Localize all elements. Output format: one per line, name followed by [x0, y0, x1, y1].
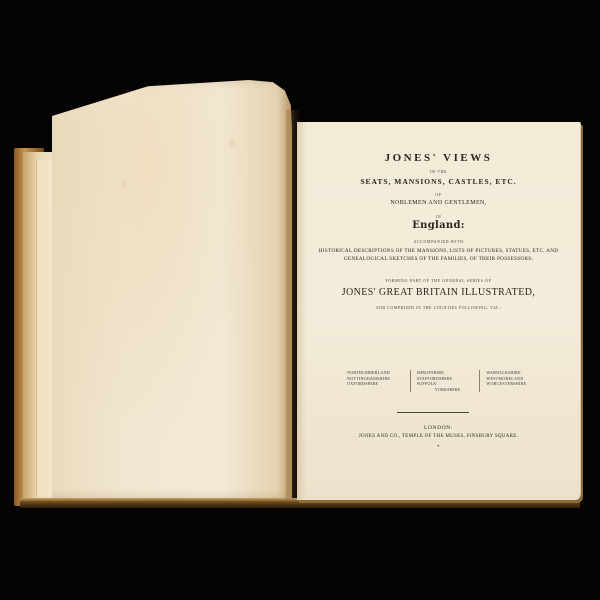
nobility-line: NOBLEMEN AND GENTLEMEN, [297, 200, 580, 206]
imprint-publisher: JONES AND CO., TEMPLE OF THE MUSES, FINS… [297, 434, 580, 439]
title-page: JONES' VIEWS OF THE SEATS, MANSIONS, CAS… [297, 122, 581, 500]
forming-line: FORMING PART OF THE GENERAL SERIES OF [297, 278, 580, 283]
comprised-line: AND COMPRISED IN THE COUNTIES FOLLOWING,… [297, 305, 580, 310]
county: OXFORDSHIRE [347, 381, 404, 387]
connector-of: OF [297, 192, 580, 197]
connector-in: IN [297, 214, 580, 219]
blank-verso-page [52, 80, 292, 498]
ornament-dot: • [297, 444, 580, 450]
country-name: England: [297, 220, 580, 231]
connector-of-the: OF THE [297, 169, 580, 174]
book-subtitle: SEATS, MANSIONS, CASTLES, ETC. [297, 177, 580, 186]
series-title: JONES' GREAT BRITAIN ILLUSTRATED, [297, 287, 580, 298]
county: WORCESTERSHIRE [486, 381, 545, 387]
counties-column-3: WARWICKSHIRE WESTMORELAND WORCESTERSHIRE [479, 370, 551, 392]
counties-column-1: NORTHUMBERLAND NOTTINGHAMSHIRE OXFORDSHI… [341, 370, 410, 392]
accompanied-line: ACCOMPANIED WITH [297, 239, 580, 244]
imprint-place: LONDON: [297, 425, 580, 431]
divider-rule [397, 412, 469, 413]
description-paragraph: HISTORICAL DESCRIPTIONS OF THE MANSIONS,… [297, 248, 580, 263]
county: YORKSHIRE. [417, 387, 474, 393]
book-photo: JONES' VIEWS OF THE SEATS, MANSIONS, CAS… [0, 0, 600, 600]
book-title: JONES' VIEWS [297, 152, 580, 164]
counties-column-2: SHROPSHIRE STAFFORDSHIRE SUFFOLK YORKSHI… [410, 370, 480, 392]
counties-list: NORTHUMBERLAND NOTTINGHAMSHIRE OXFORDSHI… [341, 370, 551, 392]
